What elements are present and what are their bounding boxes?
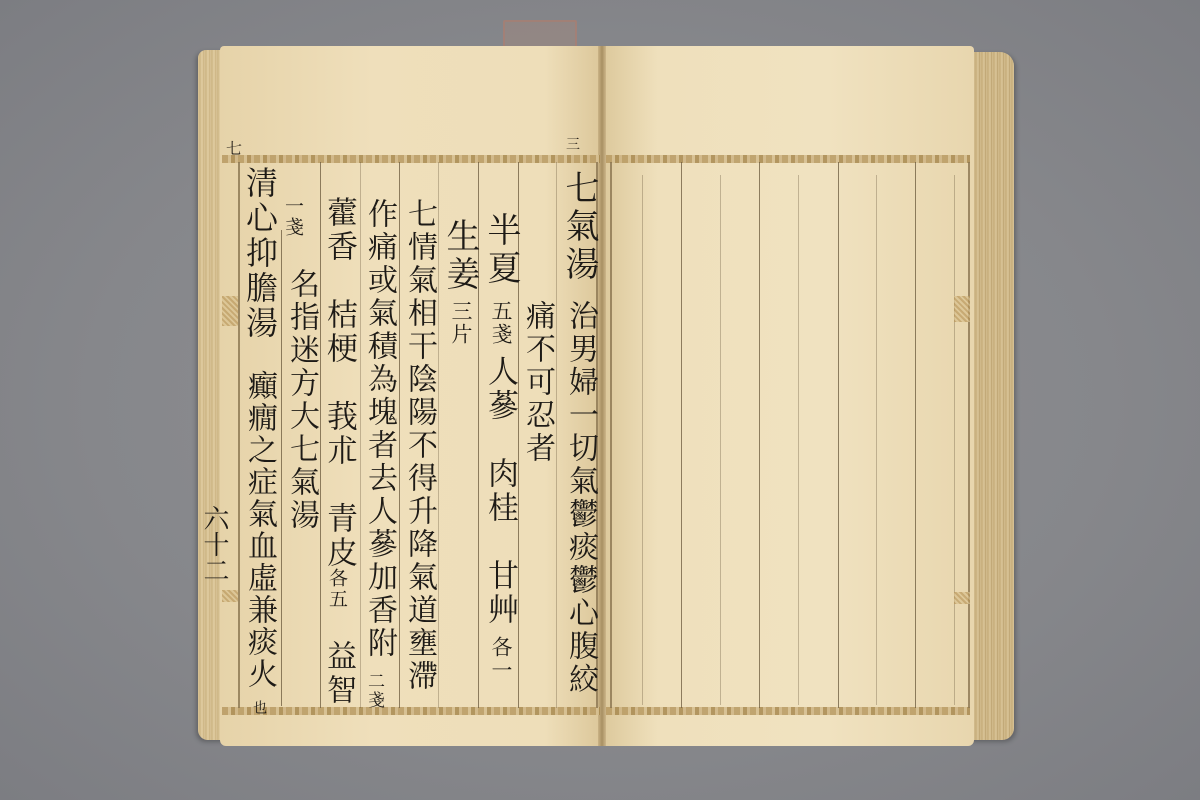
margin-mark-top: 七 xyxy=(226,136,242,159)
ingredient-shengjiang: 生姜 xyxy=(443,218,477,294)
column-rule xyxy=(438,162,439,708)
bottom-border-rule-left xyxy=(222,707,600,715)
column-rule xyxy=(360,162,361,708)
column-rule xyxy=(281,230,282,706)
commentary-line: 作痛或氣積為塊者去人蔘加香附 xyxy=(364,198,394,660)
dose-note: 二戔 xyxy=(365,672,382,710)
additional-ingredients: 藿香 桔梗 莪朮 青皮 xyxy=(323,196,354,570)
dose-note: 一戔 xyxy=(283,196,302,238)
recipe-title-qingxin-yidan-tang: 清心抑膽湯 xyxy=(244,166,276,341)
column-header-mark: 三 xyxy=(566,134,580,154)
alternate-name: 名指迷方大七氣湯 xyxy=(286,268,316,532)
commentary-line: 七情氣相干陰陽不得升降氣道壅滯 xyxy=(404,198,434,693)
bottom-border-rule-right xyxy=(606,707,970,715)
dose-note: 三片 xyxy=(450,300,471,346)
ingredients-list: 人蔘 肉桂 甘艸 xyxy=(484,355,515,627)
book-gutter xyxy=(598,46,606,746)
blank-column-rule xyxy=(954,175,955,705)
blank-column-rule xyxy=(759,162,760,708)
blank-column-rule xyxy=(915,162,916,708)
dose-note: 各五 xyxy=(327,568,346,610)
recipe-indication: 治男婦一切氣鬱痰鬱心腹絞 xyxy=(565,300,595,696)
fold-marker xyxy=(954,592,970,604)
column-rule xyxy=(556,162,557,708)
right-frame-line xyxy=(610,162,612,708)
blank-column-rule xyxy=(838,162,839,708)
blank-column-rule xyxy=(642,175,643,705)
right-page xyxy=(602,46,974,746)
blank-column-rule xyxy=(798,175,799,705)
dose-note: 各一 xyxy=(490,636,511,682)
top-border-rule-left xyxy=(222,155,600,163)
end-particle: 也 xyxy=(252,700,266,716)
fold-marker xyxy=(222,590,238,602)
fold-marker xyxy=(954,296,970,322)
blank-column-rule xyxy=(876,175,877,705)
blank-column-rule xyxy=(681,162,682,708)
page-stack-right xyxy=(968,52,1014,740)
indication-continued: 痛不可忍者 xyxy=(522,300,552,465)
recipe-title-qiqi-tang: 七氣湯 xyxy=(562,170,596,284)
right-page-outer-frame xyxy=(968,162,970,708)
fold-marker xyxy=(222,296,238,326)
open-book: 七 三 六十二 七氣湯 治男婦一切氣鬱痰鬱心腹絞 痛不可忍者 半夏 五戔 人蔘 … xyxy=(0,0,1200,800)
dose-note: 五戔 xyxy=(490,300,511,346)
ingredient-banxia: 半夏 xyxy=(484,212,518,288)
left-frame-line xyxy=(238,162,240,708)
blank-column-rule xyxy=(720,175,721,705)
recipe-indication: 癲癇之症氣血虛兼痰火 xyxy=(244,370,274,690)
ingredient-yizhi: 益智 xyxy=(323,640,353,708)
column-rule xyxy=(399,162,400,708)
fold-page-number: 六十二 xyxy=(201,505,227,583)
